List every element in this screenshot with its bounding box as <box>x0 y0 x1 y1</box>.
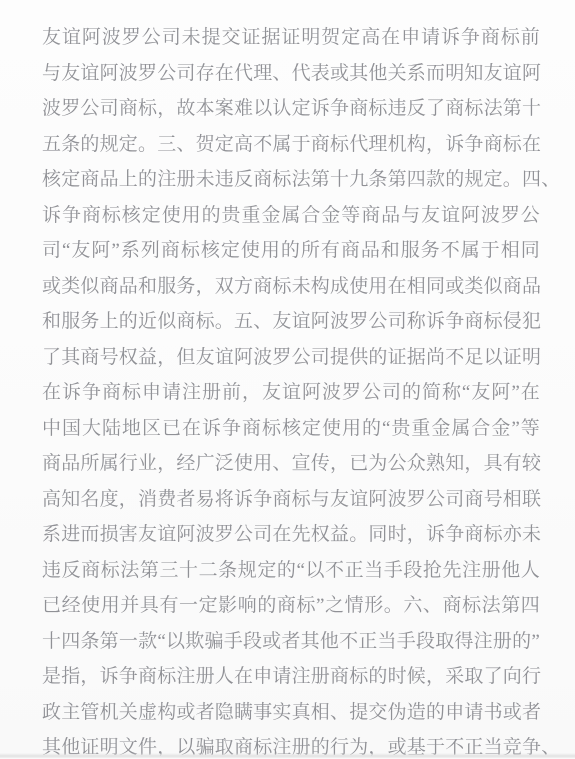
text-line: 与友谊阿波罗公司存在代理、代表或其他关系而明知友谊阿 <box>42 56 540 92</box>
document-text-block: 友谊阿波罗公司未提交证据证明贺定高在申请诉争商标前 与友谊阿波罗公司存在代理、代… <box>0 20 575 759</box>
text-line: 系进而损害友谊阿波罗公司在先权益。同时，诉争商标亦未 <box>42 517 540 553</box>
text-line: 或类似商品和服务，双方商标未构成使用在相同或类似商品 <box>42 269 540 305</box>
text-line: 政主管机关虚构或者隐瞒事实真相、提交伪造的申请书或者 <box>42 695 540 731</box>
document-page: 友谊阿波罗公司未提交证据证明贺定高在申请诉争商标前 与友谊阿波罗公司存在代理、代… <box>0 0 575 759</box>
text-line: 是指，诉争商标注册人在申请注册商标的时候，采取了向行 <box>42 659 540 695</box>
text-line: 高知名度，消费者易将诉争商标与友谊阿波罗公司商号相联 <box>42 482 540 518</box>
text-line: 五条的规定。三、贺定高不属于商标代理机构，诉争商标在 <box>42 127 540 163</box>
text-line: 波罗公司商标，故本案难以认定诉争商标违反了商标法第十 <box>42 91 540 127</box>
text-line: 诉争商标核定使用的贵重金属合金等商品与友谊阿波罗公 <box>42 198 540 234</box>
text-line: 友谊阿波罗公司未提交证据证明贺定高在申请诉争商标前 <box>42 20 540 56</box>
text-line: 中国大陆地区已在诉争商标核定使用的“贵重金属合金”等 <box>42 411 540 447</box>
text-line: 商品所属行业，经广泛使用、宣传，已为公众熟知，具有较 <box>42 446 540 482</box>
text-line: 了其商号权益，但友谊阿波罗公司提供的证据尚不足以证明 <box>42 340 540 376</box>
text-line: 违反商标法第三十二条规定的“以不正当手段抢先注册他人 <box>42 553 540 589</box>
text-line: 在诉争商标申请注册前，友谊阿波罗公司的简称“友阿”在 <box>42 375 540 411</box>
text-line: 已经使用并具有一定影响的商标”之情形。六、商标法第四 <box>42 588 540 624</box>
text-line: 核定商品上的注册未违反商标法第十九条第四款的规定。四、 <box>42 162 540 198</box>
text-line: 十四条第一款“以欺骗手段或者其他不正当手段取得注册的” <box>42 624 540 660</box>
text-line: 司“友阿”系列商标核定使用的所有商品和服务不属于相同 <box>42 233 540 269</box>
text-line: 和服务上的近似商标。五、友谊阿波罗公司称诉争商标侵犯 <box>42 304 540 340</box>
text-line: 其他证明文件，以骗取商标注册的行为，或基于不正当竞争、 <box>42 730 540 759</box>
